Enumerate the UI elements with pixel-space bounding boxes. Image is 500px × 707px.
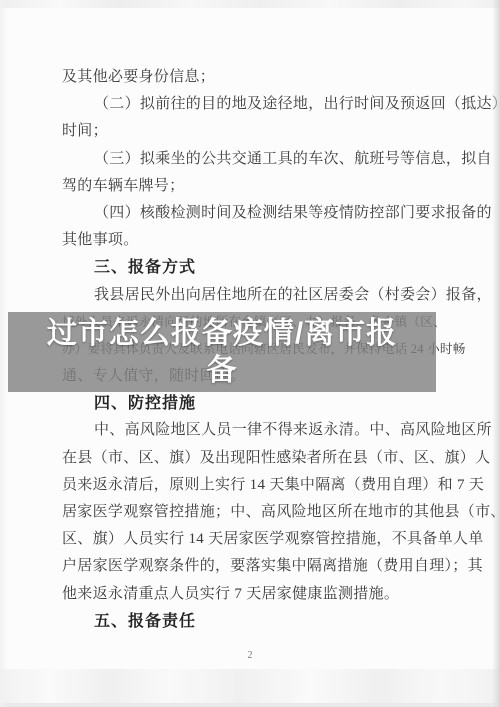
body-line: 及其他必要身份信息； (62, 64, 440, 91)
page-number: 2 (0, 650, 500, 661)
watermark-title-line1: 过市怎么报备疫情/离市报 (47, 315, 397, 352)
section-heading: 三、报备方式 (62, 254, 440, 281)
body-line: 中、高风险地区人员一律不得来返永清。中、高风险地区所 (62, 417, 440, 444)
body-line: 他来返永清重点人员实行 7 天居家健康监测措施。 (62, 581, 440, 608)
body-line: 区、旗）人员实行 14 天居家医学观察管控措施，不具备单人单 (62, 526, 440, 553)
watermark-title-line2: 备 (207, 352, 238, 389)
body-line: 其他事项。 (62, 227, 440, 254)
document-page: 及其他必要身份信息； （二）拟前往的目的地及途径地，出行时间及预返回（抵达） 时… (0, 0, 500, 707)
body-line: 居家医学观察管控措施；中、高风险地区所在地市的其他县（市、 (62, 499, 440, 526)
body-line: 我县居民外出向居住地所在的社区居委会（村委会）报备， (62, 282, 440, 309)
watermark-band: 过市怎么报备疫情/离市报 备 (8, 312, 436, 392)
scan-artifact-bottom (0, 669, 500, 707)
body-line: 员来返永清后，原则上实行 14 天集中隔离（费用自理）和 7 天 (62, 472, 440, 499)
body-line: （二）拟前往的目的地及途径地，出行时间及预返回（抵达） (62, 91, 440, 118)
body-line: （四）核酸检测时间及检测结果等疫情防控部门要求报备的 (62, 200, 440, 227)
body-line: 时间； (62, 118, 440, 145)
page-edge-right (492, 0, 500, 707)
body-line: 户居家医学观察条件的，要落实集中隔离措施（费用自理）；其 (62, 553, 440, 580)
body-line: 在县（市、区、旗）及出现阳性感染者所在县（市、区、旗）人 (62, 445, 440, 472)
section-heading: 四、防控措施 (62, 390, 440, 417)
body-line: 驾的车辆车牌号； (62, 173, 440, 200)
section-heading: 五、报备责任 (62, 608, 440, 635)
scan-artifact-top (0, 0, 500, 8)
body-line: （三）拟乘坐的公共交通工具的车次、航班号等信息，拟自 (62, 146, 440, 173)
page-edge-left (0, 0, 8, 707)
